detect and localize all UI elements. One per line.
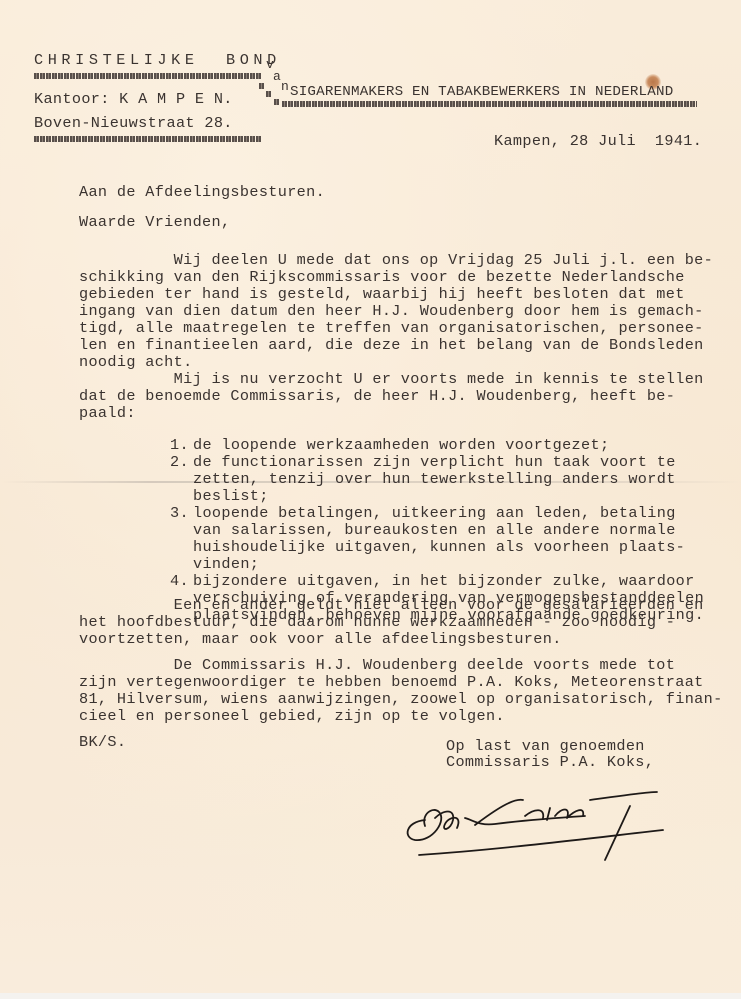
signature-icon: [395, 770, 675, 865]
list-line: de loopende werkzaamheden worden voortge…: [193, 437, 609, 454]
list-number: 2.: [170, 454, 189, 471]
paragraph-line: cieel en personeel gebied, zijn op te vo…: [79, 708, 505, 725]
paragraph-line: gebieden ter hand is gesteld, waarbij hi…: [79, 286, 685, 303]
paragraph-line: ingang van dien datum den heer H.J. Woud…: [79, 303, 704, 320]
list-line: zetten, tenzij over hun tewerkstelling a…: [193, 471, 676, 488]
paragraph-line: dat de benoemde Commissaris, de heer H.J…: [79, 388, 675, 405]
paragraph-line: voortzetten, maar ook voor alle afdeelin…: [79, 631, 562, 648]
paragraph-line: het hoofdbestuur, die daarom hunne werkz…: [79, 614, 675, 631]
salutation: Waarde Vrienden,: [79, 214, 230, 231]
closing-line: Commissaris P.A. Koks,: [446, 754, 654, 771]
list-line: beslist;: [193, 488, 269, 505]
letter-date: Kampen, 28 Juli 1941.: [494, 133, 702, 150]
list-number: 3.: [170, 505, 189, 522]
paragraph-line: 81, Hilversum, wiens aanwijzingen, zoowe…: [79, 691, 723, 708]
paragraph-line: Een en ander geldt niet alleen voor de g…: [79, 597, 704, 614]
letterhead-rule-1: [34, 73, 262, 79]
recipient: Aan de Afdeelingsbesturen.: [79, 184, 325, 201]
list-number: 1.: [170, 437, 189, 454]
van-letter-n: n: [281, 82, 289, 92]
paragraph-line: zijn vertegenwoordiger te hebben benoemd…: [79, 674, 704, 691]
letterhead-rule-2: [282, 101, 697, 107]
list-line: bijzondere uitgaven, in het bijzonder zu…: [193, 573, 695, 590]
list-line: huishoudelijke uitgaven, kunnen als voor…: [193, 539, 685, 556]
stair-hatch-3: [274, 99, 280, 105]
paragraph-line: schikking van den Rijkscommissaris voor …: [79, 269, 685, 286]
letterhead-rule-3: [34, 136, 262, 142]
list-line: de functionarissen zijn verplicht hun ta…: [193, 454, 676, 471]
paragraph-line: Mij is nu verzocht U er voorts mede in k…: [79, 371, 704, 388]
office-location: Kantoor: K A M P E N.: [34, 91, 233, 108]
list-line: van salarissen, bureaukosten en alle and…: [193, 522, 676, 539]
paragraph-line: noodig acht.: [79, 354, 193, 371]
paragraph-line: tigd, alle maatregelen te treffen van or…: [79, 320, 704, 337]
reference-initials: BK/S.: [79, 734, 126, 751]
org-name-line2: SIGARENMAKERS EN TABAKBEWERKERS IN NEDER…: [290, 84, 673, 101]
org-name-line1: CHRISTELIJKE BOND: [34, 52, 281, 69]
list-line: loopende betalingen, uitkeering aan lede…: [193, 505, 676, 522]
list-line: vinden;: [193, 556, 259, 573]
office-address: Boven-Nieuwstraat 28.: [34, 115, 233, 132]
paragraph-line: paald:: [79, 405, 136, 422]
paragraph-line: De Commissaris H.J. Woudenberg deelde vo…: [79, 657, 675, 674]
paragraph-line: len en finantieelen aard, die deze in he…: [79, 337, 704, 354]
stair-hatch-2: [266, 91, 272, 97]
stair-hatch-1: [259, 83, 265, 89]
list-number: 4.: [170, 573, 189, 590]
page-bottom-edge: [0, 993, 741, 999]
paragraph-line: Wij deelen U mede dat ons op Vrijdag 25 …: [79, 252, 713, 269]
van-letter-a: a: [273, 72, 281, 82]
